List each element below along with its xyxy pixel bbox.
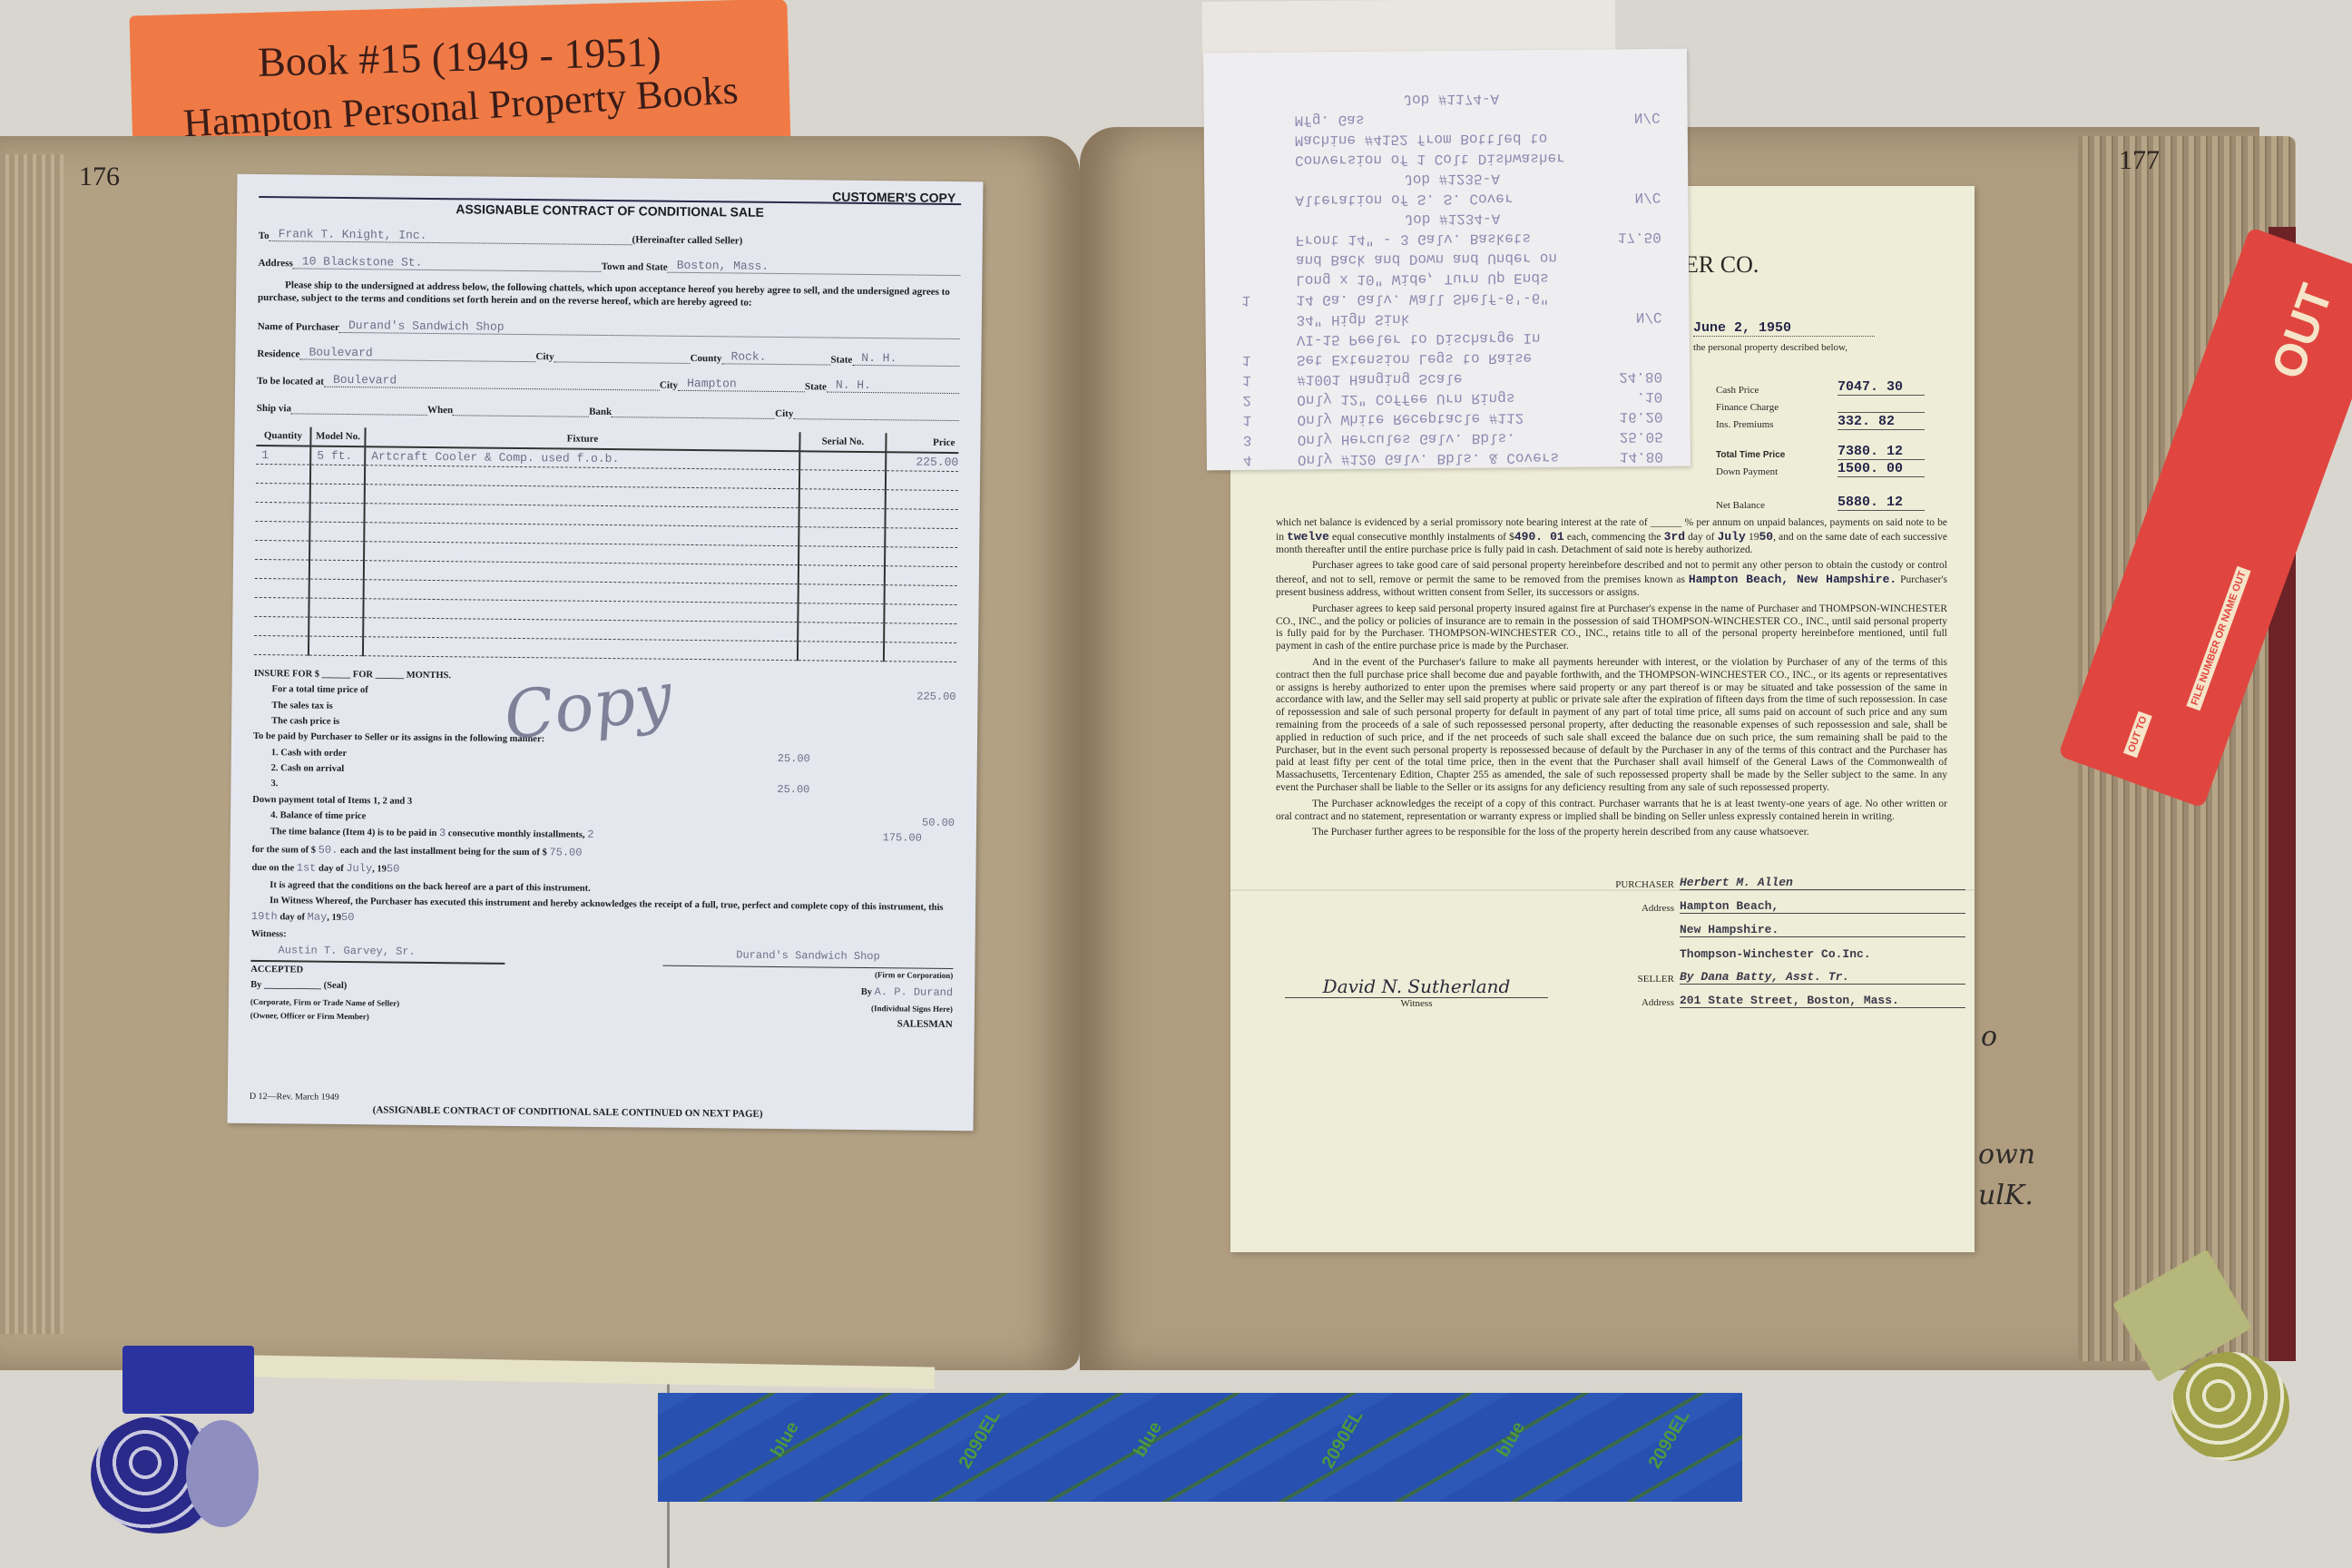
tape-brand: blue [767,1418,803,1461]
slip-desc: Front 14" - 3 Galv. Baskets [1296,226,1598,249]
located-value: Boulevard [324,372,660,390]
slip-qty [1241,308,1296,328]
commence-month: July [1718,530,1746,544]
contract-date: June 2, 1950 [1693,320,1875,337]
slip-qty [1241,208,1296,229]
slip-qty [1241,268,1296,289]
default-text: And in the event of the Purchaser's fail… [1276,657,1947,795]
slip-desc: #1001 Hanging Scale [1297,366,1599,388]
slip-desc: Only Hercules Galv. Bbls. [1298,426,1600,448]
premises: Hampton Beach, New Hampshire. [1689,573,1896,586]
tape-brand: blue [1130,1418,1166,1461]
loss-text: The Purchaser further agrees to be respo… [1276,827,1947,839]
sign-month: May [308,911,328,924]
seal-label: (Seal) [324,981,348,991]
witness-name: Austin T. Garvey, Sr. [250,942,505,965]
described-text: the personal property described below, [1693,342,1847,353]
seller-company: Thompson-Winchester Co.Inc. [1680,947,1965,961]
note-text-2: % per annum on unpaid balances, [1685,517,1828,528]
purchaser-address-2: New Hampshire. [1680,923,1965,937]
slip-qty [1240,108,1295,129]
fin-label: Cash Price [1716,385,1759,396]
slip-price [1597,205,1661,226]
fin-value: 5880. 12 [1837,495,1925,511]
slip-price: 25.05 [1600,425,1663,446]
fin-value: 1500. 00 [1837,461,1925,477]
slip-qty [1240,188,1295,209]
insurance-text: Purchaser agrees to keep said personal p… [1276,603,1947,653]
slip-price: N/C [1597,185,1661,206]
slip-price: N/C [1597,105,1661,126]
out-to-label: OUT TO [2123,710,2152,758]
slip-desc: Only #120 Galv. Bbls. & Covers [1298,446,1600,468]
slip-qty: 2 [1242,387,1297,408]
insure-label: INSURE FOR $ [254,669,319,680]
slip-desc: 34" High Sink [1296,306,1598,328]
slip-desc: Job #1174-A [1294,86,1596,109]
seal-note: (Corporate, Firm or Trade Name of Seller… [250,995,399,1011]
acknowledge-text: The Purchaser acknowledges the receipt o… [1276,799,1947,824]
ship-value [291,399,427,416]
item-serial [799,451,886,471]
slip-price: 16.20 [1599,405,1662,426]
out-card-title: OUT [2260,278,2343,386]
slip-qty: 4 [1243,447,1298,468]
item-qty: 1 [256,445,310,465]
slip-qty: 3 [1243,427,1298,448]
consent-text: without written consent from Seller, its… [1383,587,1640,598]
day-of-text: day of [1688,532,1714,543]
slip-price: N/C [1598,305,1661,326]
item3-value: 25.00 [777,781,809,799]
slip-price [1598,285,1661,306]
items-table: Quantity Model No. Fixture Serial No. Pr… [254,426,959,662]
when-label: When [427,404,453,415]
fin-label: Finance Charge [1716,402,1779,413]
fin-value [1837,412,1925,413]
slip-price [1599,325,1662,346]
slip-price: 14.80 [1600,445,1663,465]
left-contract-document: CUSTOMER'S COPY ASSIGNABLE CONTRACT OF C… [228,174,984,1132]
continued-note: (ASSIGNABLE CONTRACT OF CONDITIONAL SALE… [373,1104,763,1120]
left-page-edges [0,154,64,1334]
slip-desc: Only 12" Coffee Urn Rings [1297,386,1599,408]
fin-value: 7380. 12 [1837,444,1925,460]
slip-desc: Conversion of 1 Colt Dishwasher [1295,146,1597,169]
installments-text: consecutive monthly installments, [448,828,585,840]
firm-note: (Firm or Corporation) [875,968,954,985]
slip-qty [1241,248,1296,269]
commence-year: 50 [1759,530,1773,544]
equal-text: equal consecutive monthly instalments of… [1332,532,1514,543]
installments-count: 3 [439,827,446,839]
fin-value: 332. 82 [1837,414,1925,430]
located-state: N. H. [827,377,959,394]
city-label: City [660,379,678,390]
tape-code: 2090EL [1318,1406,1368,1472]
slip-desc: VI-15 Peeler to Discharge In [1297,326,1599,348]
slip-qty [1240,88,1294,109]
total-time-value: 225.00 [916,689,955,707]
balance-value: 50.00 [922,814,955,832]
tape-code: 2090EL [955,1406,1005,1472]
by-label: By [861,987,872,997]
slip-qty: 1 [1242,367,1297,388]
ship-label: Ship via [257,402,291,413]
slip-qty: 1 [1241,288,1296,309]
fin-row-down-payment: Down Payment1500. 00 [1716,460,1925,477]
instalment-amount: 490. 01 [1514,530,1564,544]
slip-price [1598,245,1661,266]
fin-label: Total Time Price [1716,450,1785,460]
slip-price [1597,165,1661,186]
slip-price [1599,345,1662,366]
seller-address: 201 State Street, Boston, Mass. [1680,994,1965,1008]
slip-desc: Set Extension Legs to Raise [1297,346,1599,368]
purchaser-address-1: Hampton Beach, [1680,899,1965,914]
slip-desc: Job #1234-A [1296,206,1598,229]
bank-value [612,403,775,419]
total-time-label: For a total time price of [271,684,367,695]
contract-body: which net balance is evidenced by a seri… [1276,517,1947,843]
slip-qty: 1 [1242,348,1297,368]
slip-line: 4Only #120 Galv. Bbls. & Covers14.80 [1243,445,1663,468]
col-serial: Serial No. [799,432,886,452]
located-city: Hampton [678,376,805,391]
commence-day: 3rd [1664,530,1685,544]
fin-row-ins-premiums: Ins. Premiums332. 82 [1716,413,1925,430]
balance-label: 4. Balance of time price [270,810,366,821]
form-number: D 12—Rev. March 1949 [250,1092,339,1102]
fin-row-total-time-price: Total Time Price7380. 12 [1716,443,1925,460]
slip-desc: Machine #4152 from Bottled to [1295,126,1597,149]
located-label: To be located at [257,375,324,387]
seller-name: Frank T. Knight, Inc. [269,227,632,245]
fin-label: Down Payment [1716,466,1778,477]
residence-label: Residence [257,348,299,358]
address-label: Address [1612,997,1680,1008]
blue-binder-clip[interactable] [122,1346,254,1414]
city-label: City [535,351,554,362]
seller-address: 10 Blackstone St. [293,254,602,272]
note-text: which net balance is evidenced by a seri… [1276,517,1648,528]
accepted-label: ACCEPTED [250,962,303,978]
address-label: Address [258,258,292,269]
purchaser-name: Durand's Sandwich Shop [339,318,960,338]
slip-qty [1241,228,1296,249]
by-label: By [250,980,261,990]
slip-price: .10 [1599,385,1662,406]
to-label: To [259,230,269,241]
due-month: July [346,862,372,875]
for-label: FOR [353,670,373,680]
residence-value: Boulevard [299,345,535,362]
witness-signature: David N. Sutherland [1285,975,1548,998]
slip-qty: 1 [1242,407,1297,428]
slip-desc: 14 Ga. Galv. Wall Shelf-6'-6" [1296,286,1598,309]
sign-year: 50 [341,911,355,924]
customer-copy-label: CUSTOMER'S COPY [832,190,955,205]
purchaser-firm: Durand's Sandwich Shop [662,946,953,969]
county-label: County [691,352,722,363]
seller-town: Boston, Mass. [668,259,961,276]
fin-row-net-balance: Net Balance5880. 12 [1716,494,1925,511]
sign-day: 19th [251,910,278,923]
item-model: 5 ft. [310,446,365,465]
slip-price [1596,85,1660,106]
address-label: Address [1612,903,1680,914]
item-price: 225.00 [886,452,958,472]
purchaser-signer: A. P. Durand [875,985,954,999]
fin-label: Ins. Premiums [1716,419,1774,430]
owner-note: (Owner, Officer or Firm Member) [250,1009,369,1027]
state-value: N. H. [852,350,959,366]
slip-price [1597,145,1661,166]
slip-price [1598,265,1661,286]
salesman-label: SALESMAN [897,1015,953,1033]
commencing-text: commencing the [1592,532,1661,543]
financial-summary: Cash Price7047. 30 Finance Charge Ins. P… [1716,378,1925,511]
city-label: City [775,407,793,418]
slip-qty [1240,128,1295,149]
installments-being: 2 [587,828,593,841]
each-text: each, [1567,532,1589,543]
when-value [453,401,589,417]
residence-city [554,348,691,364]
right-page-number: 177 [2119,145,2160,176]
slip-desc: Alteration of S. S. Cover [1295,186,1597,209]
bank-city [793,405,959,421]
purchaser-label: Name of Purchaser [258,320,339,332]
slip-price: 24.80 [1599,365,1662,386]
seller-note: (Hereinafter called Seller) [632,234,743,246]
col-price: Price [886,433,958,453]
due-day: 1st [297,861,317,874]
months-label: MONTHS. [407,671,451,681]
margin-handwriting-1: o [1981,1021,1997,1053]
cash-order-value: 25.00 [778,750,810,769]
state-label: State [805,381,827,392]
col-model: Model No. [310,426,365,446]
witness-block: David N. Sutherland Witness [1285,975,1548,1009]
tape-brand: blue [1493,1418,1529,1461]
fin-value: 7047. 30 [1837,379,1925,396]
item3-label: 3. [270,779,278,789]
slip-qty [1240,168,1295,189]
fin-row-finance-charge: Finance Charge [1716,396,1925,413]
tape-code: 2090EL [1645,1406,1695,1472]
margin-handwriting-3: ulK. [1978,1180,2033,1211]
slip-desc: Mfg. Gas [1295,106,1597,129]
county-value: Rock. [721,349,830,365]
bank-label: Bank [589,406,612,416]
col-quantity: Quantity [256,426,310,446]
purchaser-label: PURCHASER [1612,879,1680,890]
margin-handwriting-2: own [1978,1139,2035,1171]
fin-label: Net Balance [1716,500,1765,511]
due-year: 50 [387,862,400,875]
signer-note: (Individual Signs Here) [871,1002,953,1016]
slip-price [1597,125,1661,146]
blue-painters-tape: blue 2090EL blue 2090EL blue 2090EL [658,1393,1742,1502]
witness-label: Witness [1401,998,1433,1009]
fin-row-cash-price: Cash Price7047. 30 [1716,378,1925,396]
receipt-slip: Job #1174-A Mfg. GasN/C Machine #4152 fr… [1203,49,1690,471]
time-balance-label: The time balance (Item 4) is to be paid … [270,827,437,838]
purchaser-signature: Herbert M. Allen [1680,876,1965,890]
slip-price: 17.50 [1598,225,1661,246]
slip-qty [1242,328,1297,348]
seller-signature: By Dana Batty, Asst. Tr. [1680,970,1965,985]
green-clip-charm [2171,1352,2289,1461]
slip-desc: Long x 10" Wide, Turn Up Ends [1296,266,1598,289]
time-balance-value: 175.00 [883,829,922,848]
company-name-partial: ER CO. [1684,251,1759,279]
file-number-label: FILE NUMBER OR NAME OUT [2186,565,2250,710]
town-label: Town and State [602,261,668,273]
sum-each: 50. [318,844,338,857]
slip-desc: and Back and Down and Under on [1296,246,1598,269]
intro-paragraph: Please ship to the undersigned at addres… [258,279,960,312]
last-sum: 75.00 [549,846,582,858]
blue-clip-charm [186,1420,259,1527]
slip-desc: Job #1235-A [1295,166,1597,189]
slip-qty [1240,148,1295,169]
signature-block: PURCHASERHerbert M. Allen AddressHampton… [1612,867,1965,1008]
slip-desc: Only White Receptacle #112 [1297,406,1599,428]
left-page-number: 176 [79,162,120,192]
num-instalments: twelve [1287,530,1329,544]
seller-label: SELLER [1612,974,1680,985]
state-label: State [830,354,852,365]
cash-order-label: 1. Cash with order [271,748,348,759]
